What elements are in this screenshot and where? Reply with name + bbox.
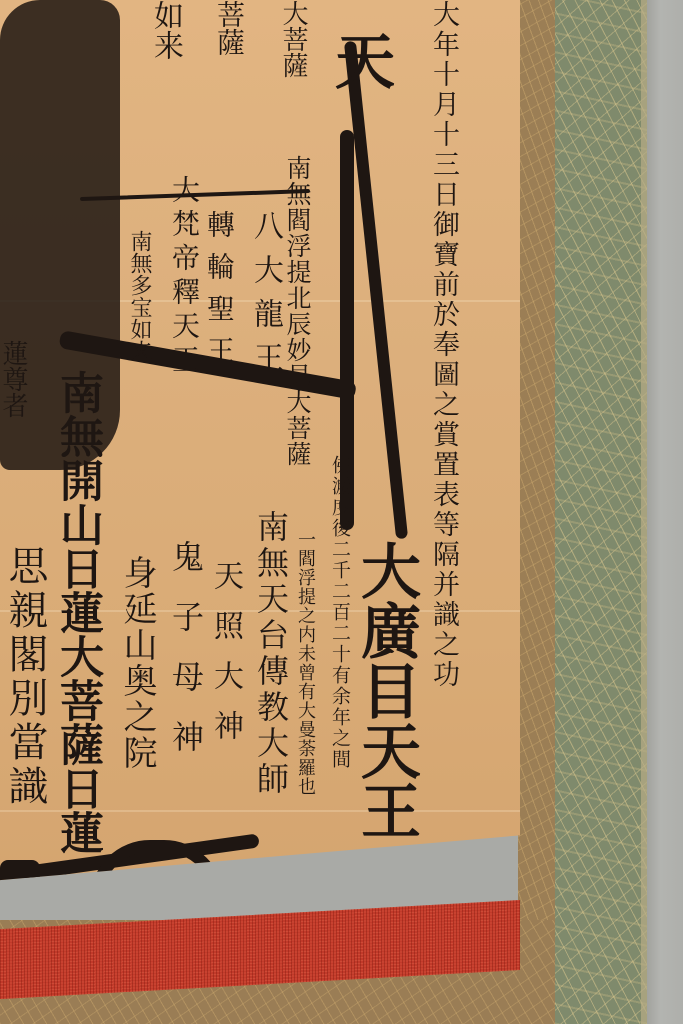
kishimojin-column: 鬼子母神 <box>170 540 202 780</box>
tathagata-column: 如来 <box>150 0 180 60</box>
bodhisattva-column: 菩薩 <box>215 0 243 56</box>
signature-stroke <box>0 860 40 920</box>
outer-mounting-edge <box>641 0 647 1024</box>
dengyo-column: 南無天台傳教大師 <box>255 510 287 798</box>
great-deity-name: 大廣目天王 <box>356 540 416 840</box>
amaterasu-column: 天照大神 <box>210 560 240 760</box>
myoken-column: 南無閻浮提北辰妙見大菩薩 <box>285 155 310 467</box>
nichiren-column: 南無開山日蓮大菩薩日蓮 <box>55 370 99 854</box>
wall-background <box>645 0 683 1024</box>
shishinkaku-column: 思親閣別當識 <box>5 545 45 809</box>
scroll-paper: 大年十月十三日御寶前於奉圖之賞置表等隔并識之功 佛滅度後二千二百二十有余年之間 … <box>0 0 520 912</box>
minobu-column: 身延山奥之院 <box>120 555 154 771</box>
dedication-inscription: 大年十月十三日御寶前於奉圖之賞置表等隔并識之功 <box>430 0 457 690</box>
top-deity-char: 天 <box>330 30 390 90</box>
mandala-inscription: 一閻浮提之内未曾有大曼荼羅也 <box>296 530 314 796</box>
brahma-indra-column: 大梵帝釋天王 <box>170 175 198 379</box>
date-inscription: 佛滅度後二千二百二十有余年之間 <box>330 455 349 770</box>
wheel-king-column: 轉輪聖王 <box>205 210 233 378</box>
venerable-column: 蓮尊者 <box>0 340 26 418</box>
taho-column: 南無多宝如来 <box>128 230 150 362</box>
bodhisattva-column: 大菩薩 <box>280 0 306 78</box>
inner-mounting-strip <box>518 0 555 1024</box>
outer-mounting-green <box>553 0 647 1024</box>
dragon-kings-column: 八大龍王 <box>250 210 280 386</box>
